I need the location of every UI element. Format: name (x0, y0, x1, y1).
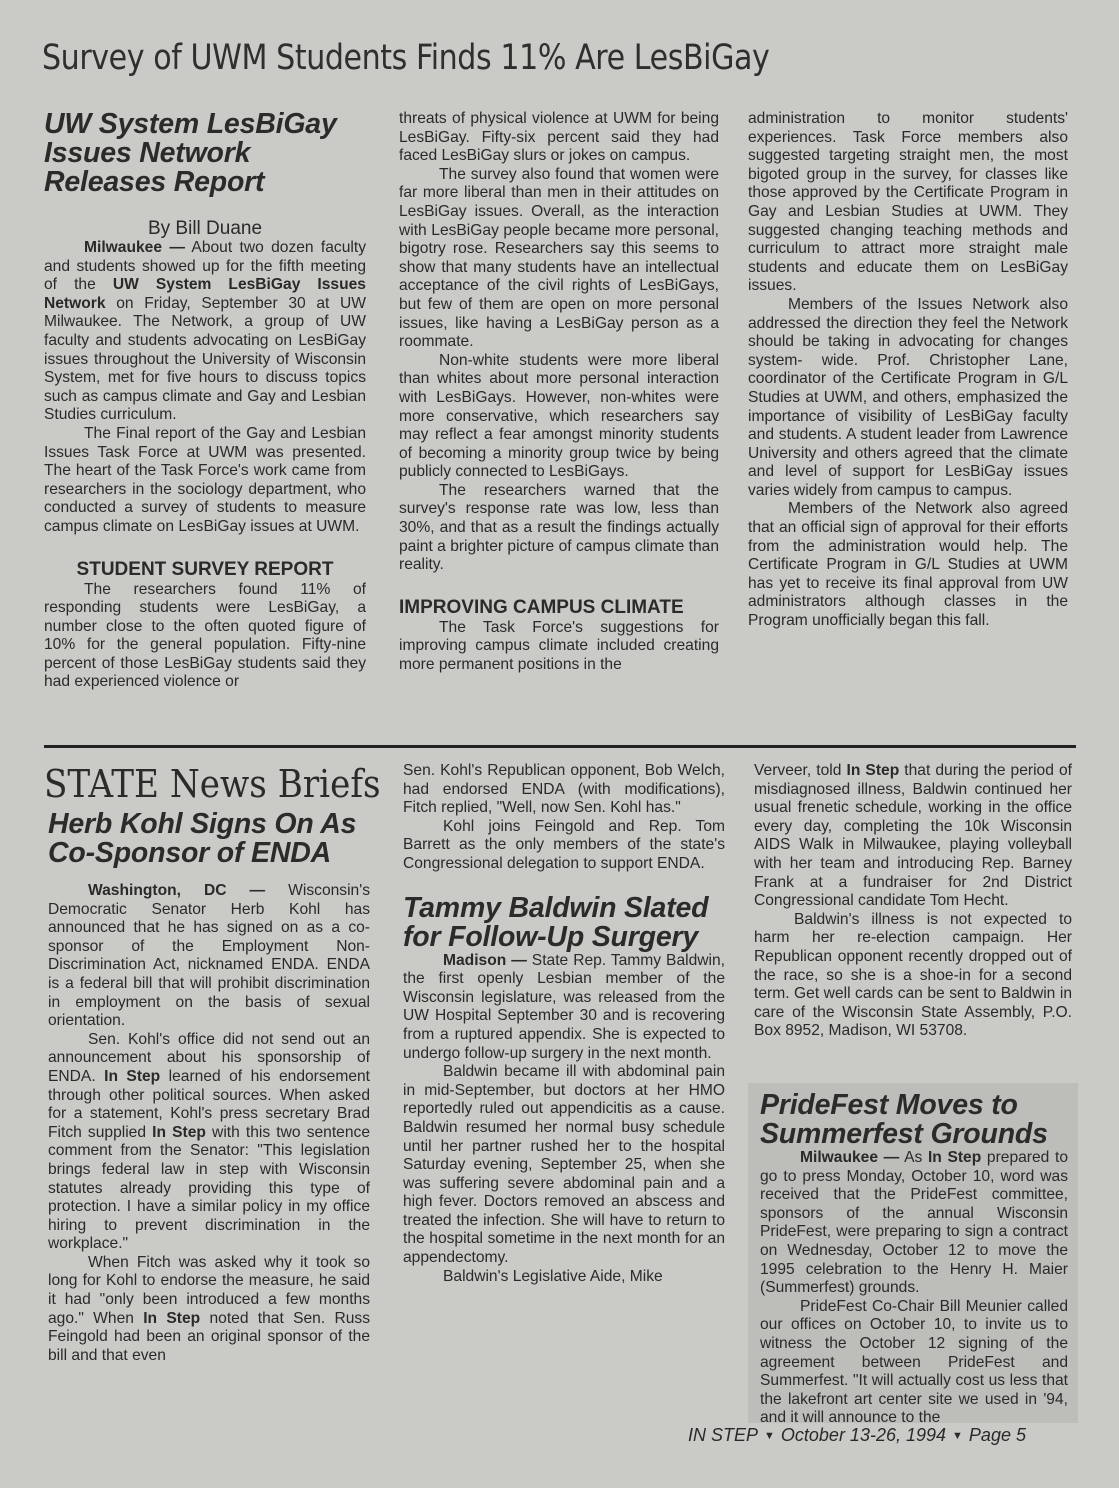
paragraph: Verveer, told In Step that during the pe… (754, 762, 1072, 911)
survey-article-headline: UW System LesBiGay Issues Network Releas… (44, 110, 366, 197)
paragraph: The Task Force's suggestions for improvi… (399, 619, 719, 675)
newspaper-page: Survey of UWM Students Finds 11% Are Les… (0, 0, 1119, 1488)
paragraph: The survey also found that women were fa… (399, 166, 719, 352)
byline: By Bill Duane (44, 219, 366, 239)
paragraph: Baldwin became ill with abdominal pain i… (403, 1063, 725, 1268)
survey-article-column-1: UW System LesBiGay Issues Network Releas… (44, 110, 366, 692)
paragraph: When Fitch was asked why it took so long… (44, 1254, 370, 1366)
triangle-down-icon: ▼ (952, 1430, 963, 1442)
state-news-column-2: Sen. Kohl's Republican opponent, Bob Wel… (403, 762, 725, 1286)
paragraph: Baldwin's Legislative Aide, Mike (403, 1268, 725, 1287)
subhead-improving-campus-climate: IMPROVING CAMPUS CLIMATE (399, 597, 719, 619)
page-number: Page 5 (969, 1425, 1026, 1445)
paragraph: Washington, DC — Wisconsin's Democratic … (44, 882, 370, 1031)
section-divider (44, 745, 1076, 748)
paragraph: Non-white students were more liberal tha… (399, 352, 719, 482)
section-title: STATE News Briefs (44, 762, 337, 806)
page-footer: IN STEP▼October 13-26, 1994▼Page 5 (688, 1425, 1026, 1446)
baldwin-headline: Tammy Baldwin Slated for Follow-Up Surge… (403, 894, 725, 952)
pridefest-box: PrideFest Moves to Summerfest Grounds Mi… (748, 1083, 1078, 1423)
paragraph: Sen. Kohl's Republican opponent, Bob Wel… (403, 762, 725, 818)
paragraph: administration to monitor students' expe… (748, 110, 1068, 296)
paragraph: Members of the Network also agreed that … (748, 500, 1068, 630)
pridefest-headline: PrideFest Moves to Summerfest Grounds (760, 1091, 1068, 1149)
state-news-column-3: Verveer, told In Step that during the pe… (754, 762, 1072, 1041)
paragraph: PrideFest Co-Chair Bill Meunier called o… (760, 1298, 1068, 1428)
paragraph: Madison — State Rep. Tammy Baldwin, the … (403, 952, 725, 1064)
publication-name: IN STEP (688, 1425, 758, 1445)
paragraph: Members of the Issues Network also addre… (748, 296, 1068, 501)
subhead-student-survey: STUDENT SURVEY REPORT (44, 559, 366, 581)
triangle-down-icon: ▼ (764, 1430, 775, 1442)
paragraph: threats of physical violence at UWM for … (399, 110, 719, 166)
paragraph: Baldwin's illness is not expected to har… (754, 911, 1072, 1041)
kohl-headline: Herb Kohl Signs On As Co-Sponsor of ENDA (48, 810, 370, 868)
paragraph: Milwaukee — About two dozen faculty and … (44, 239, 366, 425)
paragraph: Milwaukee — As In Step prepared to go to… (760, 1149, 1068, 1298)
paragraph: The researchers warned that the survey's… (399, 482, 719, 575)
state-news-column-1: STATE News Briefs Herb Kohl Signs On As … (44, 762, 370, 1365)
paragraph: The Final report of the Gay and Lesbian … (44, 425, 366, 537)
issue-date: October 13-26, 1994 (781, 1425, 946, 1445)
survey-article-column-3: administration to monitor students' expe… (748, 110, 1068, 631)
survey-article-column-2: threats of physical violence at UWM for … (399, 110, 719, 675)
banner-headline: Survey of UWM Students Finds 11% Are Les… (42, 38, 769, 78)
paragraph: Sen. Kohl's office did not send out an a… (44, 1031, 370, 1254)
paragraph: The researchers found 11% of responding … (44, 581, 366, 693)
dateline: Milwaukee — (84, 239, 185, 256)
paragraph: Kohl joins Feingold and Rep. Tom Barrett… (403, 818, 725, 874)
